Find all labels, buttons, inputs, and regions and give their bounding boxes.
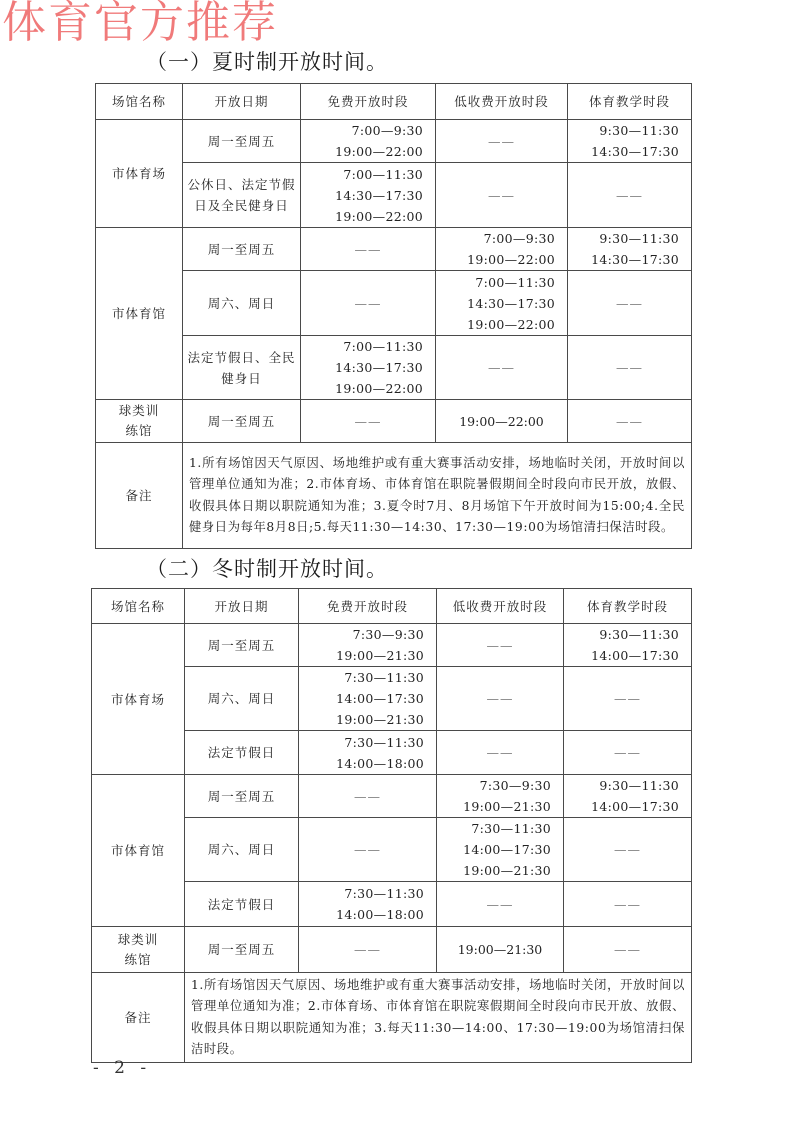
low-fee-hours: 7:00—11:3014:30—17:3019:00—22:00 — [436, 271, 568, 336]
venue-name: 球类训练馆 — [96, 400, 183, 443]
header-teaching: 体育教学时段 — [564, 589, 692, 624]
low-fee-hours: 19:00—22:00 — [436, 400, 568, 443]
page-number: - 2 - — [93, 1058, 151, 1078]
free-hours: 7:00—9:3019:00—22:00 — [301, 120, 436, 163]
low-fee-hours: —— — [437, 667, 564, 731]
teaching-hours: —— — [568, 271, 692, 336]
free-hours: —— — [301, 228, 436, 271]
free-hours: —— — [299, 818, 437, 882]
low-fee-hours: 7:30—9:3019:00—21:30 — [437, 775, 564, 818]
teaching-hours: —— — [564, 882, 692, 927]
notes-text: 1.所有场馆因天气原因、场地维护或有重大赛事活动安排，场地临时关闭，开放时间以管… — [185, 973, 692, 1063]
free-hours: —— — [299, 927, 437, 973]
venue-name: 市体育场 — [92, 624, 185, 775]
low-fee-hours: 19:00—21:30 — [437, 927, 564, 973]
low-fee-hours: —— — [436, 120, 568, 163]
open-days: 周一至周五 — [185, 624, 299, 667]
header-teaching: 体育教学时段 — [568, 84, 692, 120]
open-days: 周一至周五 — [183, 120, 301, 163]
table-row: 法定节假日、全民健身日 7:00—11:3014:30—17:3019:00—2… — [96, 336, 692, 400]
venue-name: 球类训练馆 — [92, 927, 185, 973]
teaching-hours: 9:30—11:3014:30—17:30 — [568, 120, 692, 163]
open-days: 公休日、法定节假日及全民健身日 — [183, 163, 301, 228]
notes-label: 备注 — [96, 443, 183, 549]
free-hours: 7:30—11:3014:00—18:00 — [299, 731, 437, 775]
free-hours: 7:30—9:3019:00—21:30 — [299, 624, 437, 667]
low-fee-hours: 7:30—11:3014:00—17:3019:00—21:30 — [437, 818, 564, 882]
table-row: 市体育场 周一至周五 7:00—9:3019:00—22:00 —— 9:30—… — [96, 120, 692, 163]
teaching-hours: —— — [568, 163, 692, 228]
table-row: 市体育场 周一至周五 7:30—9:3019:00—21:30 —— 9:30—… — [92, 624, 692, 667]
low-fee-hours: —— — [436, 163, 568, 228]
notes-label: 备注 — [92, 973, 185, 1063]
header-days: 开放日期 — [183, 84, 301, 120]
table-row: 球类训练馆 周一至周五 —— 19:00—21:30 —— — [92, 927, 692, 973]
free-hours: —— — [301, 271, 436, 336]
teaching-hours: 9:30—11:3014:00—17:30 — [564, 775, 692, 818]
table-header-row: 场馆名称 开放日期 免费开放时段 低收费开放时段 体育教学时段 — [92, 589, 692, 624]
winter-schedule-table: 场馆名称 开放日期 免费开放时段 低收费开放时段 体育教学时段 市体育场 周一至… — [91, 588, 692, 1063]
free-hours: 7:00—11:3014:30—17:3019:00—22:00 — [301, 336, 436, 400]
open-days: 法定节假日 — [185, 731, 299, 775]
low-fee-hours: —— — [437, 882, 564, 927]
open-days: 周一至周五 — [183, 400, 301, 443]
low-fee-hours: —— — [436, 336, 568, 400]
venue-name: 市体育场 — [96, 120, 183, 228]
teaching-hours: —— — [568, 336, 692, 400]
teaching-hours: —— — [564, 818, 692, 882]
table-row: 球类训练馆 周一至周五 —— 19:00—22:00 —— — [96, 400, 692, 443]
header-low-fee: 低收费开放时段 — [437, 589, 564, 624]
free-hours: 7:30—11:3014:00—18:00 — [299, 882, 437, 927]
header-low-fee: 低收费开放时段 — [436, 84, 568, 120]
teaching-hours: —— — [564, 731, 692, 775]
teaching-hours: 9:30—11:3014:00—17:30 — [564, 624, 692, 667]
notes-row: 备注 1.所有场馆因天气原因、场地维护或有重大赛事活动安排，场地临时关闭，开放时… — [92, 973, 692, 1063]
open-days: 周一至周五 — [185, 927, 299, 973]
notes-text: 1.所有场馆因天气原因、场地维护或有重大赛事活动安排，场地临时关闭，开放时间以管… — [183, 443, 692, 549]
teaching-hours: 9:30—11:3014:30—17:30 — [568, 228, 692, 271]
header-days: 开放日期 — [185, 589, 299, 624]
teaching-hours: —— — [564, 667, 692, 731]
winter-schedule-title: （二）冬时制开放时间。 — [146, 553, 388, 583]
open-days: 法定节假日 — [185, 882, 299, 927]
header-venue: 场馆名称 — [92, 589, 185, 624]
low-fee-hours: —— — [437, 731, 564, 775]
open-days: 周六、周日 — [185, 818, 299, 882]
low-fee-hours: —— — [437, 624, 564, 667]
venue-name: 市体育馆 — [92, 775, 185, 927]
table-row: 市体育馆 周一至周五 —— 7:30—9:3019:00—21:30 9:30—… — [92, 775, 692, 818]
table-row: 周六、周日 —— 7:00—11:3014:30—17:3019:00—22:0… — [96, 271, 692, 336]
free-hours: —— — [301, 400, 436, 443]
venue-name: 市体育馆 — [96, 228, 183, 400]
open-days: 周六、周日 — [185, 667, 299, 731]
table-row: 公休日、法定节假日及全民健身日 7:00—11:3014:30—17:3019:… — [96, 163, 692, 228]
watermark-text: 体育官方推荐 — [2, 0, 278, 51]
open-days: 周一至周五 — [183, 228, 301, 271]
header-venue: 场馆名称 — [96, 84, 183, 120]
table-header-row: 场馆名称 开放日期 免费开放时段 低收费开放时段 体育教学时段 — [96, 84, 692, 120]
teaching-hours: —— — [564, 927, 692, 973]
open-days: 法定节假日、全民健身日 — [183, 336, 301, 400]
free-hours: —— — [299, 775, 437, 818]
low-fee-hours: 7:00—9:3019:00—22:00 — [436, 228, 568, 271]
header-free: 免费开放时段 — [299, 589, 437, 624]
teaching-hours: —— — [568, 400, 692, 443]
open-days: 周一至周五 — [185, 775, 299, 818]
notes-row: 备注 1.所有场馆因天气原因、场地维护或有重大赛事活动安排，场地临时关闭，开放时… — [96, 443, 692, 549]
free-hours: 7:00—11:3014:30—17:3019:00—22:00 — [301, 163, 436, 228]
open-days: 周六、周日 — [183, 271, 301, 336]
summer-schedule-table: 场馆名称 开放日期 免费开放时段 低收费开放时段 体育教学时段 市体育场 周一至… — [95, 83, 692, 549]
summer-schedule-title: （一）夏时制开放时间。 — [146, 46, 388, 76]
free-hours: 7:30—11:3014:00—17:3019:00—21:30 — [299, 667, 437, 731]
table-row: 市体育馆 周一至周五 —— 7:00—9:3019:00—22:00 9:30—… — [96, 228, 692, 271]
header-free: 免费开放时段 — [301, 84, 436, 120]
